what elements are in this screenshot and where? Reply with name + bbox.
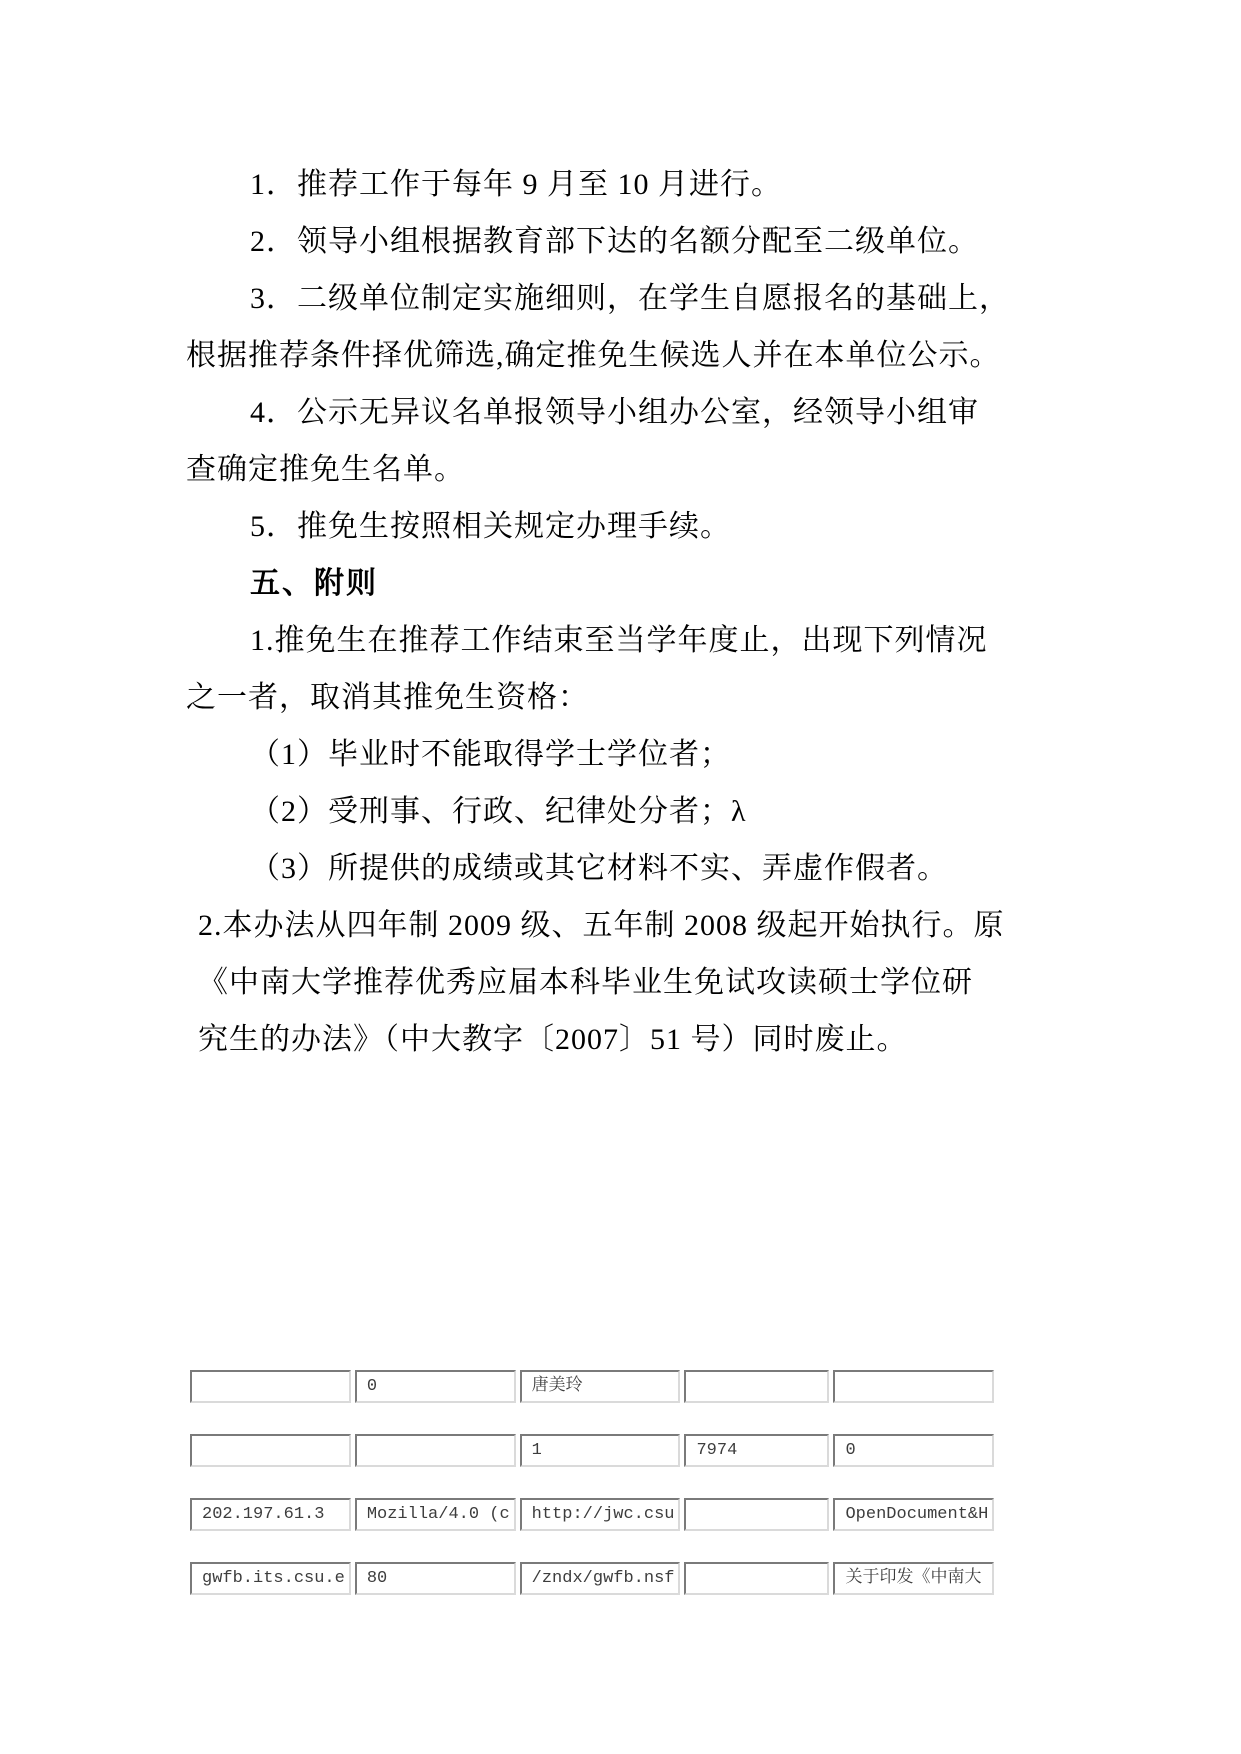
doc-line: 究生的办法》（中大教字〔2007〕51 号）同时废止。 (186, 1011, 1071, 1068)
form-cell[interactable] (684, 1562, 829, 1595)
document-page: 1．推荐工作于每年 9 月至 10 月进行。2．领导小组根据教育部下达的名额分配… (0, 0, 1241, 1754)
doc-line: 之一者，取消其推免生资格： (186, 669, 1071, 726)
doc-line: （1）毕业时不能取得学士学位者； (186, 726, 1071, 783)
section-heading: 五、附则 (186, 555, 1071, 612)
table-row: 0唐美玲 (190, 1370, 994, 1403)
form-cell[interactable] (355, 1434, 516, 1467)
document-body: 1．推荐工作于每年 9 月至 10 月进行。2．领导小组根据教育部下达的名额分配… (186, 156, 1071, 1068)
form-cell[interactable] (684, 1370, 829, 1403)
doc-line: 1.推免生在推荐工作结束至当学年度止，出现下列情况 (186, 612, 1071, 669)
doc-line: 《中南大学推荐优秀应届本科毕业生免试攻读硕士学位研 (186, 954, 1071, 1011)
form-cell[interactable]: http://jwc.csu (520, 1498, 681, 1531)
form-cell[interactable]: 7974 (684, 1434, 829, 1467)
doc-line: 根据推荐条件择优筛选,确定推免生候选人并在本单位公示。 (186, 327, 1071, 384)
form-cell[interactable]: 0 (833, 1434, 994, 1467)
doc-line: 2.本办法从四年制 2009 级、五年制 2008 级起开始执行。原 (186, 897, 1071, 954)
form-cell[interactable]: 唐美玲 (520, 1370, 681, 1403)
doc-line: 1．推荐工作于每年 9 月至 10 月进行。 (186, 156, 1071, 213)
form-cell[interactable]: 202.197.61.3 (190, 1498, 351, 1531)
form-cell[interactable]: 0 (355, 1370, 516, 1403)
form-cell[interactable] (190, 1434, 351, 1467)
table-row: 179740 (190, 1434, 994, 1467)
form-cell[interactable] (190, 1370, 351, 1403)
form-cell[interactable] (833, 1370, 994, 1403)
form-cell[interactable] (684, 1498, 829, 1531)
form-cell[interactable]: Mozilla/4.0 (c (355, 1498, 516, 1531)
doc-line: （2）受刑事、行政、纪律处分者；λ (186, 783, 1071, 840)
doc-line: 5．推免生按照相关规定办理手续。 (186, 498, 1071, 555)
form-cell[interactable]: OpenDocument&H (833, 1498, 994, 1531)
log-form-table: 0唐美玲179740202.197.61.3Mozilla/4.0 (chttp… (186, 1339, 998, 1626)
form-cell[interactable]: /zndx/gwfb.nsf (520, 1562, 681, 1595)
form-cell[interactable]: 80 (355, 1562, 516, 1595)
form-cell[interactable]: 关于印发《中南大 (833, 1562, 994, 1595)
doc-line: 3．二级单位制定实施细则，在学生自愿报名的基础上， (186, 270, 1071, 327)
doc-line: （3）所提供的成绩或其它材料不实、弄虚作假者。 (186, 840, 1071, 897)
doc-line: 2．领导小组根据教育部下达的名额分配至二级单位。 (186, 213, 1071, 270)
doc-line: 4．公示无异议名单报领导小组办公室，经领导小组审 (186, 384, 1071, 441)
doc-line: 查确定推免生名单。 (186, 441, 1071, 498)
table-row: gwfb.its.csu.e80/zndx/gwfb.nsf关于印发《中南大 (190, 1562, 994, 1595)
table-row: 202.197.61.3Mozilla/4.0 (chttp://jwc.csu… (190, 1498, 994, 1531)
form-cell[interactable]: gwfb.its.csu.e (190, 1562, 351, 1595)
form-cell[interactable]: 1 (520, 1434, 681, 1467)
